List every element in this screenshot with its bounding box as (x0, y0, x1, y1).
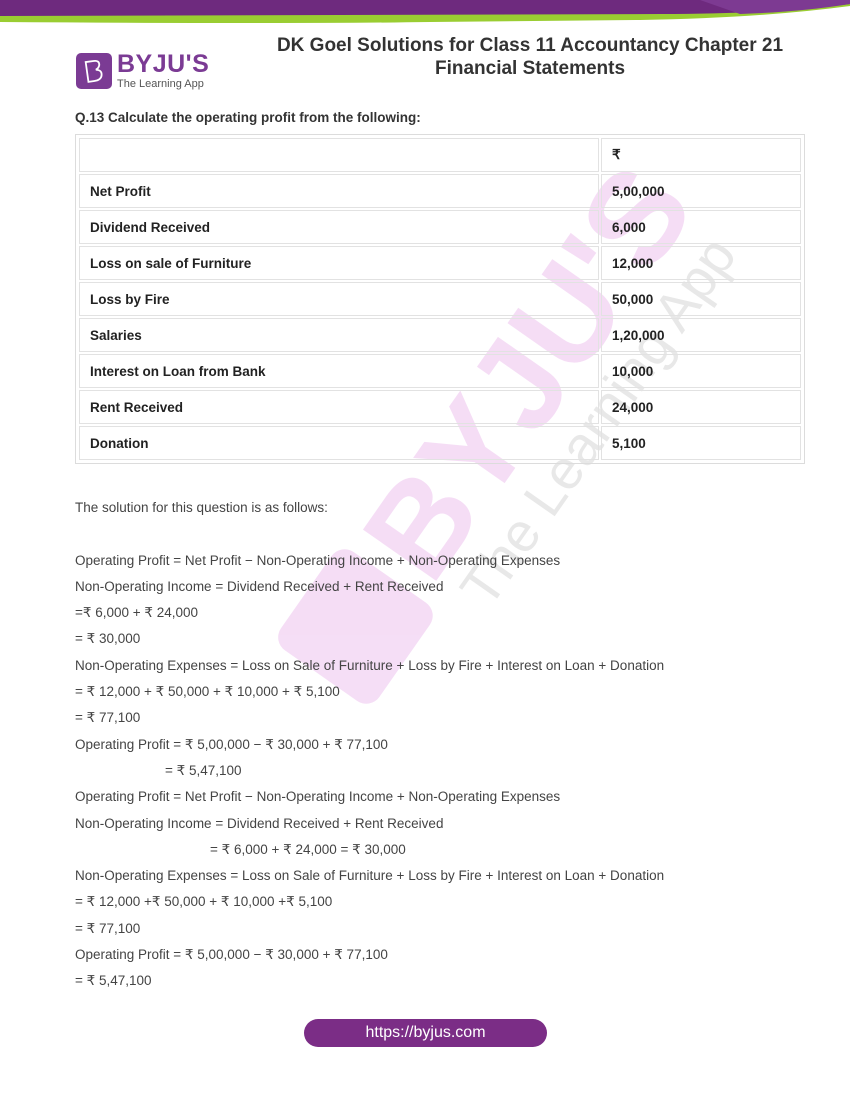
question-text: Q.13 Calculate the operating profit from… (75, 110, 421, 125)
logo-tagline: The Learning App (117, 79, 209, 90)
solution-line: Non-Operating Expenses = Loss on Sale of… (75, 653, 775, 679)
table-row: Salaries1,20,000 (79, 318, 801, 352)
row-amount: 24,000 (601, 390, 801, 424)
solution-line: = ₹ 12,000 +₹ 50,000 + ₹ 10,000 +₹ 5,100 (75, 889, 775, 915)
row-amount: 50,000 (601, 282, 801, 316)
logo-brand: BYJU'S (117, 52, 209, 77)
solution-section: The solution for this question is as fol… (75, 495, 775, 995)
byjus-b-logo-icon (76, 53, 112, 89)
row-amount: 5,100 (601, 426, 801, 460)
row-label: Rent Received (79, 390, 599, 424)
row-amount: 5,00,000 (601, 174, 801, 208)
table-row: Loss on sale of Furniture12,000 (79, 246, 801, 280)
byjus-logo: BYJU'S The Learning App (76, 50, 221, 92)
header-band (0, 0, 850, 30)
solution-line: = ₹ 77,100 (75, 916, 775, 942)
table-row: Net Profit5,00,000 (79, 174, 801, 208)
solution-intro: The solution for this question is as fol… (75, 495, 775, 521)
table-row: Loss by Fire50,000 (79, 282, 801, 316)
table-row: Donation5,100 (79, 426, 801, 460)
table-header-cell (79, 138, 599, 172)
spacer (75, 521, 775, 547)
table-header-row: ₹ (79, 138, 801, 172)
row-amount: 1,20,000 (601, 318, 801, 352)
table-header-currency: ₹ (601, 138, 801, 172)
table-row: Dividend Received6,000 (79, 210, 801, 244)
solution-line: = ₹ 30,000 (75, 626, 775, 652)
solution-line: = ₹ 5,47,100 (75, 758, 775, 784)
row-label: Donation (79, 426, 599, 460)
solution-line: Operating Profit = Net Profit − Non-Oper… (75, 548, 775, 574)
solution-line: =₹ 6,000 + ₹ 24,000 (75, 600, 775, 626)
solution-line: = ₹ 77,100 (75, 705, 775, 731)
row-label: Loss on sale of Furniture (79, 246, 599, 280)
page-title-line1: DK Goel Solutions for Class 11 Accountan… (255, 34, 805, 57)
solution-line: Operating Profit = ₹ 5,00,000 − ₹ 30,000… (75, 732, 775, 758)
row-amount: 10,000 (601, 354, 801, 388)
footer-url-link[interactable]: https://byjus.com (304, 1019, 547, 1047)
page-title-line2: Financial Statements (255, 57, 805, 80)
solution-line: Non-Operating Income = Dividend Received… (75, 811, 775, 837)
solution-line: Operating Profit = Net Profit − Non-Oper… (75, 784, 775, 810)
table-row: Rent Received24,000 (79, 390, 801, 424)
solution-line: = ₹ 5,47,100 (75, 968, 775, 994)
table-row: Interest on Loan from Bank10,000 (79, 354, 801, 388)
solution-line: Non-Operating Expenses = Loss on Sale of… (75, 863, 775, 889)
page-title: DK Goel Solutions for Class 11 Accountan… (255, 34, 805, 80)
row-label: Net Profit (79, 174, 599, 208)
row-label: Salaries (79, 318, 599, 352)
row-amount: 6,000 (601, 210, 801, 244)
solution-line: Non-Operating Income = Dividend Received… (75, 574, 775, 600)
solution-line: = ₹ 6,000 + ₹ 24,000 = ₹ 30,000 (75, 837, 775, 863)
solution-line: = ₹ 12,000 + ₹ 50,000 + ₹ 10,000 + ₹ 5,1… (75, 679, 775, 705)
row-label: Loss by Fire (79, 282, 599, 316)
row-label: Dividend Received (79, 210, 599, 244)
solution-line: Operating Profit = ₹ 5,00,000 − ₹ 30,000… (75, 942, 775, 968)
row-label: Interest on Loan from Bank (79, 354, 599, 388)
data-table: ₹ Net Profit5,00,000Dividend Received6,0… (75, 134, 805, 464)
row-amount: 12,000 (601, 246, 801, 280)
